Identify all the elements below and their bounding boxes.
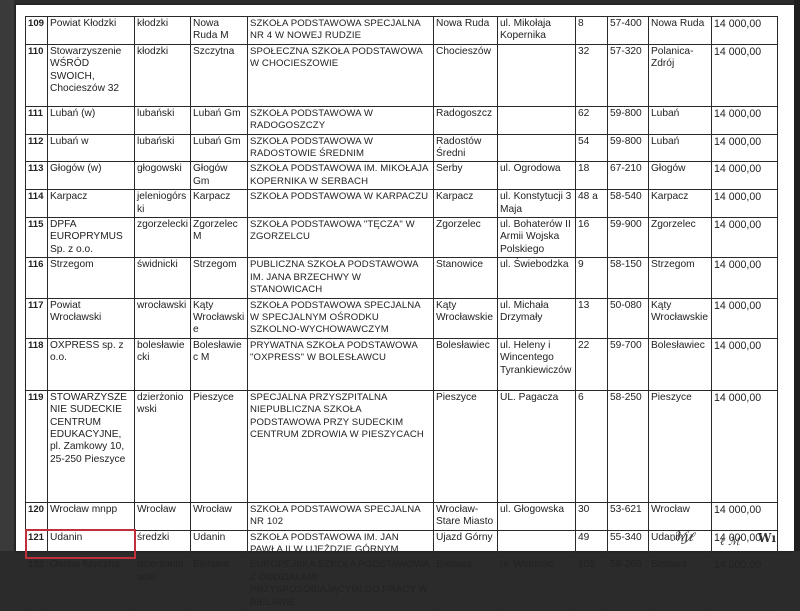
cell-amount: 14 000,00 xyxy=(712,162,778,190)
cell-powiat: Wrocław xyxy=(135,502,191,530)
cell-number: 48 a xyxy=(576,190,608,218)
cell-school: SZKOŁA PODSTAWOWA SPECJALNA W SPECJALNYM… xyxy=(248,298,434,338)
cell-lp: 111 xyxy=(26,106,48,134)
cell-post-office: Strzegom xyxy=(649,258,712,298)
cell-lp: 121 xyxy=(26,530,48,551)
cell-post-office: Karpacz xyxy=(649,190,712,218)
cell-amount: 14 000,00 xyxy=(712,258,778,298)
table-row: 113Głogów (w)głogowskiGłogów GmSZKOŁA PO… xyxy=(26,162,778,190)
cell-street: UL. Pagacza xyxy=(498,390,576,502)
signature-initials-1: ℳyℓ xyxy=(669,529,695,545)
schools-table: 109Powiat KłodzkikłodzkiNowa Ruda MSZKOŁ… xyxy=(25,16,778,551)
cell-gmina: Kąty Wrocławskie xyxy=(191,298,248,338)
cell-lp: 112 xyxy=(26,134,48,162)
cell-organ: Lubań w xyxy=(48,134,135,162)
viewer-left-gutter xyxy=(0,0,14,551)
cell-amount: 14 000,00 xyxy=(712,190,778,218)
cell-street: ul. Głogowska xyxy=(498,502,576,530)
cell-postcode: 55-340 xyxy=(608,530,649,551)
cell-number: 18 xyxy=(576,162,608,190)
cell-organ: Głogów (w) xyxy=(48,162,135,190)
cell-number: 9 xyxy=(576,258,608,298)
cell-gmina: Szczytna xyxy=(191,44,248,106)
cell-powiat: zgorzelecki xyxy=(135,218,191,258)
cell-post-office: Lubań xyxy=(649,134,712,162)
cell-school: SPECJALNA PRZYSZPITALNA NIEPUBLICZNA SZK… xyxy=(248,390,434,502)
cell-number: 8 xyxy=(576,17,608,45)
cell-postcode: 57-400 xyxy=(608,17,649,45)
cell-school: SZKOŁA PODSTAWOWA "TĘCZA" W ZGORZELCU xyxy=(248,218,434,258)
cell-number: 54 xyxy=(576,134,608,162)
cell-gmina: Nowa Ruda M xyxy=(191,17,248,45)
cell-postcode: 58-250 xyxy=(608,390,649,502)
cell-powiat: jeleniogórski xyxy=(135,190,191,218)
cell-school: SZKOŁA PODSTAWOWA IM. JAN PAWŁA II W UJE… xyxy=(248,530,434,551)
cell-locality: Karpacz xyxy=(434,190,498,218)
cell-school: PRYWATNA SZKOŁA PODSTAWOWA "OXPRESS" W B… xyxy=(248,338,434,390)
cell-amount: 14 000,00 xyxy=(712,502,778,530)
cell-lp: 120 xyxy=(26,502,48,530)
cell-post-office: Wrocław xyxy=(649,502,712,530)
cell-locality: Stanowice xyxy=(434,258,498,298)
cell-locality: Pieszyce xyxy=(434,390,498,502)
table-row: 120Wrocław mnppWrocławWrocławSZKOŁA PODS… xyxy=(26,502,778,530)
cell-number: 22 xyxy=(576,338,608,390)
cell-lp: 113 xyxy=(26,162,48,190)
cell-powiat: świdnicki xyxy=(135,258,191,298)
table-row: 110Stowarzyszenie WŚRÓD SWOICH, Chociesz… xyxy=(26,44,778,106)
cell-post-office: Bolesławiec xyxy=(649,338,712,390)
cell-lp: 118 xyxy=(26,338,48,390)
table-row: 116StrzegomświdnickiStrzegomPUBLICZNA SZ… xyxy=(26,258,778,298)
signature-marks: ℳyℓ ℓ ℳ Wı xyxy=(658,527,778,551)
cell-street: ul. Bohaterów II Armii Wojska Polskiego xyxy=(498,218,576,258)
cell-locality: Ujazd Górny xyxy=(434,530,498,551)
cell-school: SZKOŁA PODSTAWOWA SPECJALNA NR 102 xyxy=(248,502,434,530)
cell-powiat: lubański xyxy=(135,134,191,162)
table-row: 111Lubań (w)lubańskiLubań GmSZKOŁA PODST… xyxy=(26,106,778,134)
cell-school: SZKOŁA PODSTAWOWA SPECJALNA NR 4 W NOWEJ… xyxy=(248,17,434,45)
cell-gmina: Lubań Gm xyxy=(191,134,248,162)
cell-lp: 110 xyxy=(26,44,48,106)
cell-gmina: Karpacz xyxy=(191,190,248,218)
scanned-page: 109Powiat KłodzkikłodzkiNowa Ruda MSZKOŁ… xyxy=(16,5,794,551)
cell-school: SZKOŁA PODSTAWOWA W KARPACZU xyxy=(248,190,434,218)
cell-amount: 14 000,00 xyxy=(712,390,778,502)
cell-post-office: Pieszyce xyxy=(649,390,712,502)
cell-powiat: dzierżoniowski xyxy=(135,390,191,502)
cell-postcode: 58-150 xyxy=(608,258,649,298)
cell-organ: Wrocław mnpp xyxy=(48,502,135,530)
cell-powiat: kłodzki xyxy=(135,17,191,45)
cell-powiat: wrocławski xyxy=(135,298,191,338)
cell-school: PUBLICZNA SZKOŁA PODSTAWOWA IM. JANA BRZ… xyxy=(248,258,434,298)
cell-post-office: Polanica-Zdrój xyxy=(649,44,712,106)
cell-postcode: 59-700 xyxy=(608,338,649,390)
cell-organ: Powiat Kłodzki xyxy=(48,17,135,45)
cell-organ: Udanin xyxy=(48,530,135,551)
cell-amount: 14 000,00 xyxy=(712,218,778,258)
document-viewer: 109Powiat KłodzkikłodzkiNowa Ruda MSZKOŁ… xyxy=(0,0,800,551)
cell-lp: 116 xyxy=(26,258,48,298)
cell-gmina: Udanin xyxy=(191,530,248,551)
table-row: 114KarpaczjeleniogórskiKarpaczSZKOŁA POD… xyxy=(26,190,778,218)
table-row: 119STOWARZYSZENIE SUDECKIE CENTRUM EDUKA… xyxy=(26,390,778,502)
signature-initials-3: Wı xyxy=(758,531,776,545)
cell-organ: Karpacz xyxy=(48,190,135,218)
cell-street xyxy=(498,106,576,134)
cell-street: ul. Mikołaja Kopernika xyxy=(498,17,576,45)
cell-street: ul. Świebodzka xyxy=(498,258,576,298)
cell-locality: Radogoszcz xyxy=(434,106,498,134)
cell-powiat: głogowski xyxy=(135,162,191,190)
cell-street xyxy=(498,134,576,162)
cell-organ: STOWARZYSZENIE SUDECKIE CENTRUM EDUKACYJ… xyxy=(48,390,135,502)
cell-number: 49 xyxy=(576,530,608,551)
cell-postcode: 57-320 xyxy=(608,44,649,106)
cell-lp: 115 xyxy=(26,218,48,258)
cell-street: ul. Heleny i Wincentego Tyrankiewiczów xyxy=(498,338,576,390)
cell-school: SZKOŁA PODSTAWOWA W RADOGOSZCZY xyxy=(248,106,434,134)
cell-gmina: Wrocław xyxy=(191,502,248,530)
cell-lp: 114 xyxy=(26,190,48,218)
cell-locality: Chocieszów xyxy=(434,44,498,106)
cell-organ: Stowarzyszenie WŚRÓD SWOICH, Chocieszów … xyxy=(48,44,135,106)
cell-gmina: Strzegom xyxy=(191,258,248,298)
cell-locality: Zgorzelec xyxy=(434,218,498,258)
cell-street xyxy=(498,44,576,106)
cell-gmina: Zgorzelec M xyxy=(191,218,248,258)
cell-amount: 14 000,00 xyxy=(712,298,778,338)
cell-organ: Powiat Wrocławski xyxy=(48,298,135,338)
cell-amount: 14 000,00 xyxy=(712,106,778,134)
cell-gmina: Głogów Gm xyxy=(191,162,248,190)
cell-powiat: bolesławiecki xyxy=(135,338,191,390)
cell-gmina: Lubań Gm xyxy=(191,106,248,134)
cell-gmina: Bolesławiec M xyxy=(191,338,248,390)
cell-postcode: 67-210 xyxy=(608,162,649,190)
cell-number: 16 xyxy=(576,218,608,258)
table-row: 112Lubań wlubańskiLubań GmSZKOŁA PODSTAW… xyxy=(26,134,778,162)
cell-locality: Nowa Ruda xyxy=(434,17,498,45)
table-row: 117Powiat WrocławskiwrocławskiKąty Wrocł… xyxy=(26,298,778,338)
signature-initials-2: ℓ ℳ xyxy=(720,535,740,548)
cell-organ: Lubań (w) xyxy=(48,106,135,134)
cell-lp: 109 xyxy=(26,17,48,45)
cell-powiat: średzki xyxy=(135,530,191,551)
cell-amount: 14 000,00 xyxy=(712,338,778,390)
cell-post-office: Zgorzelec xyxy=(649,218,712,258)
cell-powiat: kłodzki xyxy=(135,44,191,106)
cell-postcode: 59-900 xyxy=(608,218,649,258)
cell-number: 62 xyxy=(576,106,608,134)
cell-locality: Kąty Wrocławskie xyxy=(434,298,498,338)
cell-amount: 14 000,00 xyxy=(712,17,778,45)
cell-number: 32 xyxy=(576,44,608,106)
cell-gmina: Pieszyce xyxy=(191,390,248,502)
cell-street: ul. Konstytucji 3 Maja xyxy=(498,190,576,218)
cell-locality: Bolesławiec xyxy=(434,338,498,390)
cell-post-office: Lubań xyxy=(649,106,712,134)
cell-number: 30 xyxy=(576,502,608,530)
cell-post-office: Głogów xyxy=(649,162,712,190)
table-row: 115DPFA EUROPRYMUS Sp. z o.o.zgorzelecki… xyxy=(26,218,778,258)
cell-powiat: lubański xyxy=(135,106,191,134)
cell-street: ul. Michała Drzymały xyxy=(498,298,576,338)
cell-street: ul. Ogrodowa xyxy=(498,162,576,190)
cell-lp: 117 xyxy=(26,298,48,338)
cell-locality: Wrocław-Stare Miasto xyxy=(434,502,498,530)
cell-amount: 14 000,00 xyxy=(712,134,778,162)
cell-street xyxy=(498,530,576,551)
cell-organ: DPFA EUROPRYMUS Sp. z o.o. xyxy=(48,218,135,258)
cell-postcode: 53-621 xyxy=(608,502,649,530)
cell-locality: Radostów Średni xyxy=(434,134,498,162)
cell-organ: Strzegom xyxy=(48,258,135,298)
viewer-right-edge xyxy=(794,0,800,551)
cell-number: 6 xyxy=(576,390,608,502)
cell-locality: Serby xyxy=(434,162,498,190)
cell-school: SZKOŁA PODSTAWOWA W RADOSTOWIE ŚREDNIM xyxy=(248,134,434,162)
cell-lp: 119 xyxy=(26,390,48,502)
cell-post-office: Nowa Ruda xyxy=(649,17,712,45)
cell-amount: 14 000,00 xyxy=(712,44,778,106)
table-row: 118OXPRESS sp. z o.o.bolesławieckiBolesł… xyxy=(26,338,778,390)
cell-post-office: Kąty Wrocławskie xyxy=(649,298,712,338)
cell-number: 13 xyxy=(576,298,608,338)
cell-postcode: 50-080 xyxy=(608,298,649,338)
cell-school: SPOŁECZNA SZKOŁA PODSTAWOWA W CHOCIESZOW… xyxy=(248,44,434,106)
cell-postcode: 59-800 xyxy=(608,106,649,134)
table-row: 109Powiat KłodzkikłodzkiNowa Ruda MSZKOŁ… xyxy=(26,17,778,45)
cell-postcode: 59-800 xyxy=(608,134,649,162)
cell-school: SZKOŁA PODSTAWOWA IM. MIKOŁAJA KOPERNIKA… xyxy=(248,162,434,190)
cell-organ: OXPRESS sp. z o.o. xyxy=(48,338,135,390)
cell-postcode: 58-540 xyxy=(608,190,649,218)
